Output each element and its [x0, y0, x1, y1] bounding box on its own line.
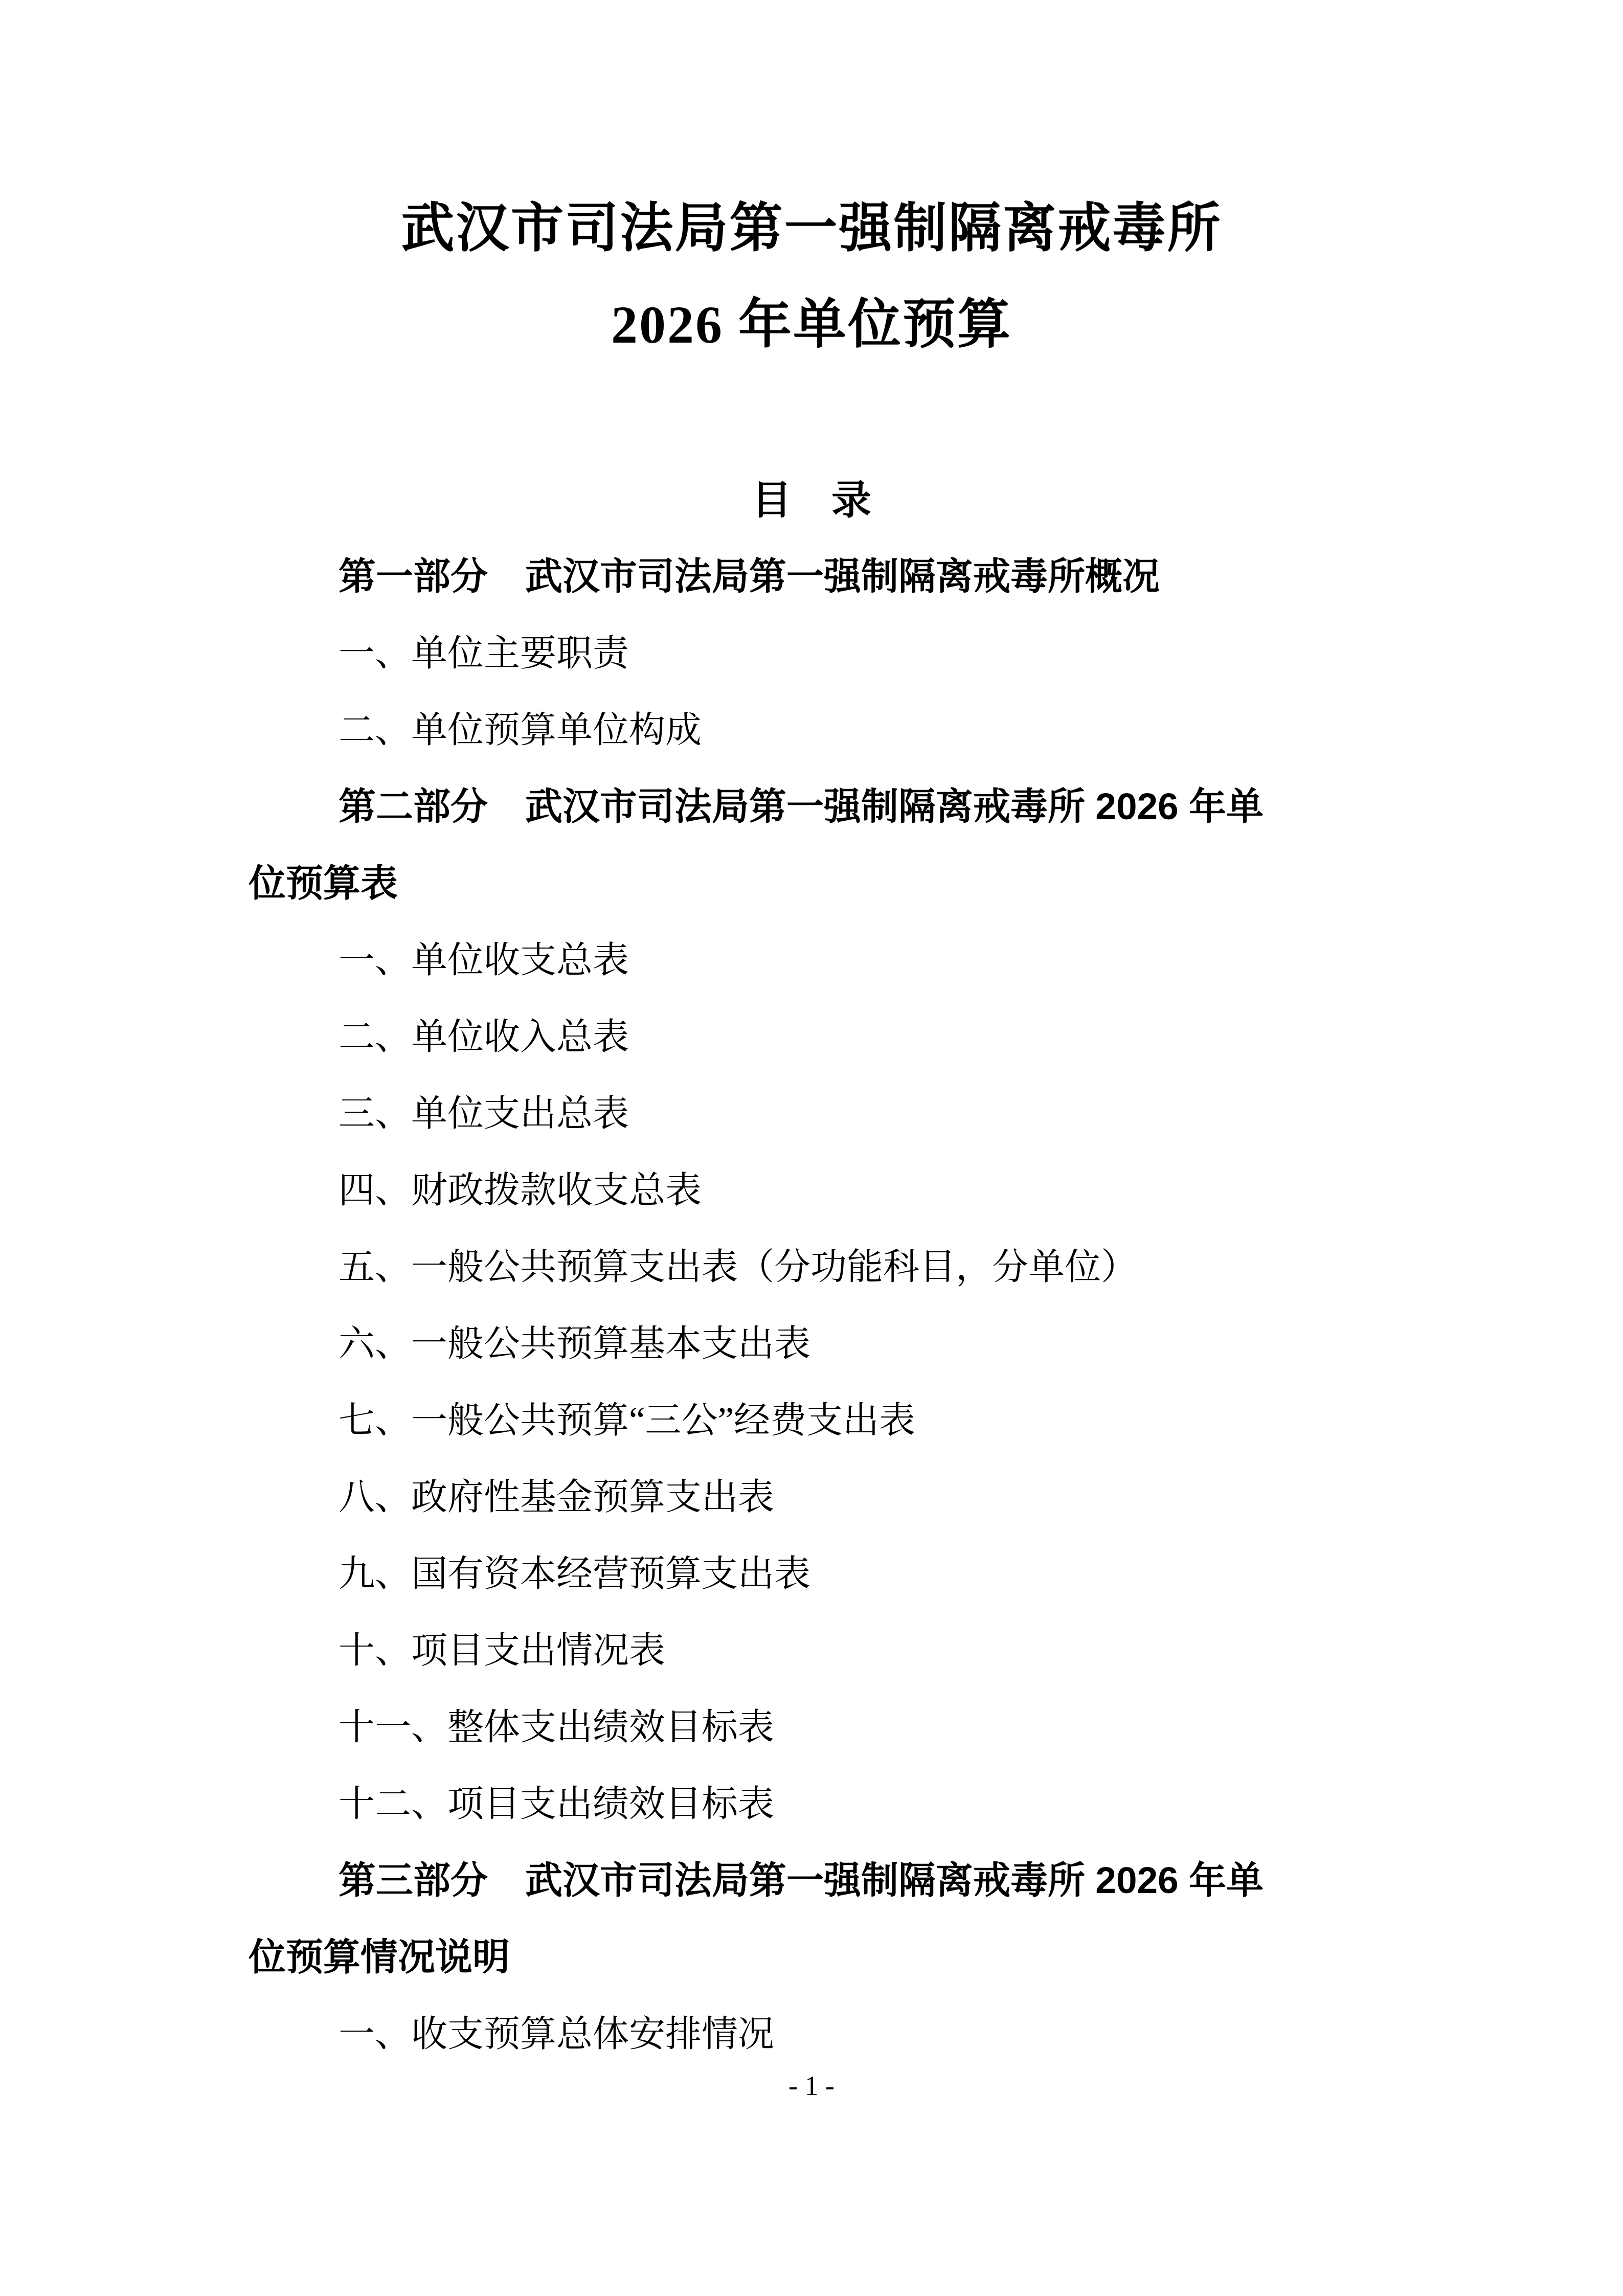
- table-of-contents: 目 录 第一部分 武汉市司法局第一强制隔离戒毒所概况一、单位主要职责二、单位预算…: [249, 462, 1374, 2073]
- toc-item: 二、单位收入总表: [249, 999, 1374, 1075]
- toc-part-heading: 第三部分 武汉市司法局第一强制隔离戒毒所 2026 年单: [249, 1842, 1374, 1919]
- toc-item: 一、单位主要职责: [249, 615, 1374, 692]
- toc-item: 一、收支预算总体安排情况: [249, 1996, 1374, 2073]
- toc-item: 四、财政拨款收支总表: [249, 1152, 1374, 1229]
- toc-item: 二、单位预算单位构成: [249, 692, 1374, 769]
- toc-heading: 目 录: [249, 462, 1374, 538]
- document-page: 武汉市司法局第一强制隔离戒毒所 2026 年单位预算 目 录 第一部分 武汉市司…: [0, 0, 1623, 2296]
- document-title-line-2: 2026 年单位预算: [0, 295, 1623, 356]
- toc-item: 九、国有资本经营预算支出表: [249, 1536, 1374, 1612]
- toc-item: 十、项目支出情况表: [249, 1612, 1374, 1689]
- toc-part-heading-continuation: 位预算表: [249, 845, 1374, 922]
- toc-item: 七、一般公共预算“三公”经费支出表: [249, 1382, 1374, 1459]
- toc-item: 十二、项目支出绩效目标表: [249, 1766, 1374, 1842]
- page-number: - 1 -: [0, 2072, 1623, 2100]
- toc-item: 一、单位收支总表: [249, 922, 1374, 999]
- toc-part-heading: 第二部分 武汉市司法局第一强制隔离戒毒所 2026 年单: [249, 769, 1374, 845]
- toc-part-heading-continuation: 位预算情况说明: [249, 1919, 1374, 1996]
- toc-item: 八、政府性基金预算支出表: [249, 1459, 1374, 1536]
- document-title-line-1: 武汉市司法局第一强制隔离戒毒所: [0, 198, 1623, 260]
- toc-item: 三、单位支出总表: [249, 1075, 1374, 1152]
- toc-part-heading: 第一部分 武汉市司法局第一强制隔离戒毒所概况: [249, 538, 1374, 615]
- toc-item: 五、一般公共预算支出表（分功能科目，分单位）: [249, 1229, 1374, 1305]
- toc-item: 十一、整体支出绩效目标表: [249, 1689, 1374, 1766]
- toc-item: 六、一般公共预算基本支出表: [249, 1305, 1374, 1382]
